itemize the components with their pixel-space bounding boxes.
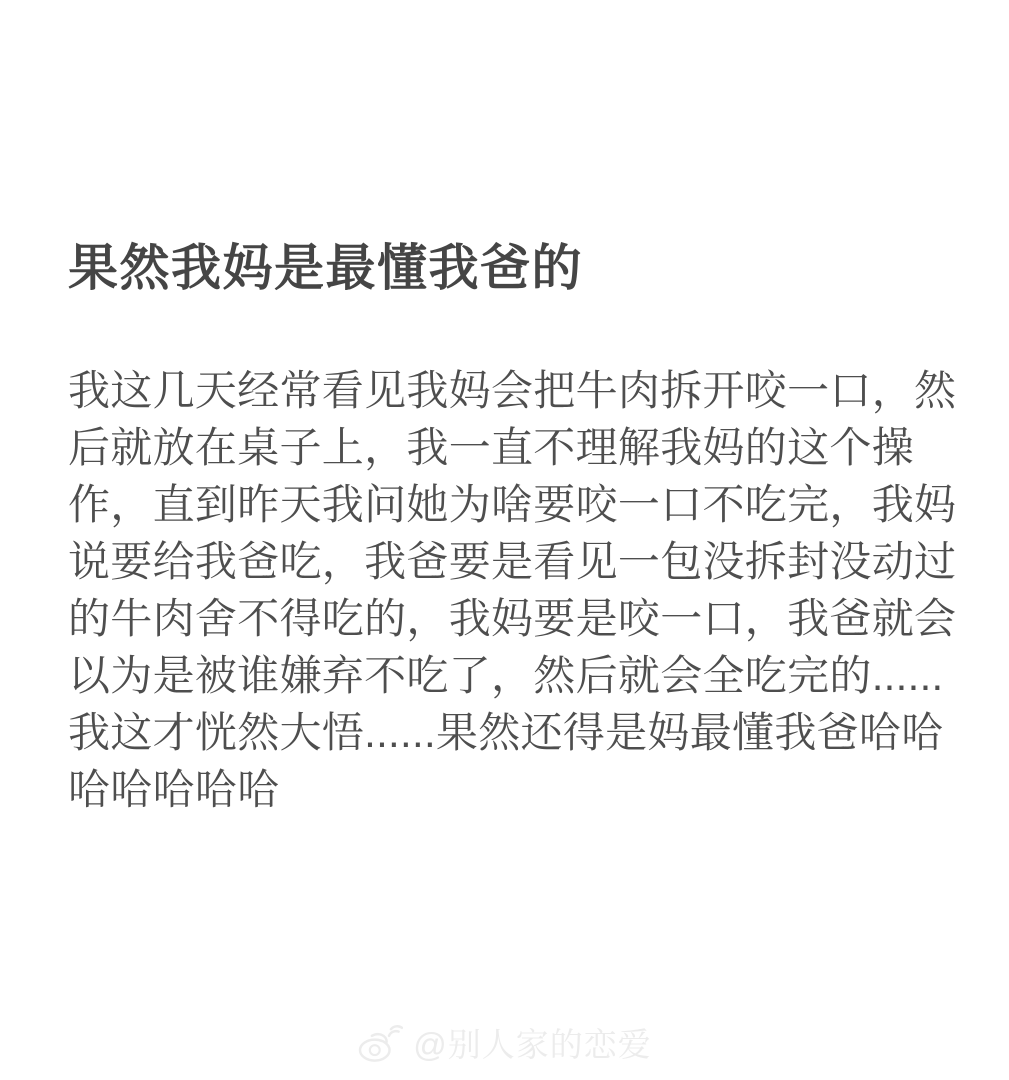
body-line: 后就放在桌子上，我一直不理解我妈的这个操	[68, 419, 953, 476]
post-body: 我这几天经常看见我妈会把牛肉拆开咬一口，然 后就放在桌子上，我一直不理解我妈的这…	[68, 362, 953, 818]
body-line: 作，直到昨天我问她为啥要咬一口不吃完，我妈	[68, 476, 953, 533]
body-line: 哈哈哈哈哈	[68, 761, 953, 818]
body-line: 我这才恍然大悟......果然还得是妈最懂我爸哈哈	[68, 704, 953, 761]
body-line: 以为是被谁嫌弃不吃了，然后就会全吃完的......	[68, 647, 953, 704]
post-title: 果然我妈是最懂我爸的	[68, 228, 583, 300]
body-line: 说要给我爸吃，我爸要是看见一包没拆封没动过	[68, 533, 953, 590]
watermark-handle: @别人家的恋爱	[413, 1019, 652, 1066]
body-line: 的牛肉舍不得吃的，我妈要是咬一口，我爸就会	[68, 590, 953, 647]
watermark: @别人家的恋爱	[0, 1019, 1009, 1066]
body-line: 我这几天经常看见我妈会把牛肉拆开咬一口，然	[68, 362, 953, 419]
post-image: 果然我妈是最懂我爸的 我这几天经常看见我妈会把牛肉拆开咬一口，然 后就放在桌子上…	[0, 0, 1009, 1080]
weibo-logo-icon	[357, 1023, 403, 1063]
